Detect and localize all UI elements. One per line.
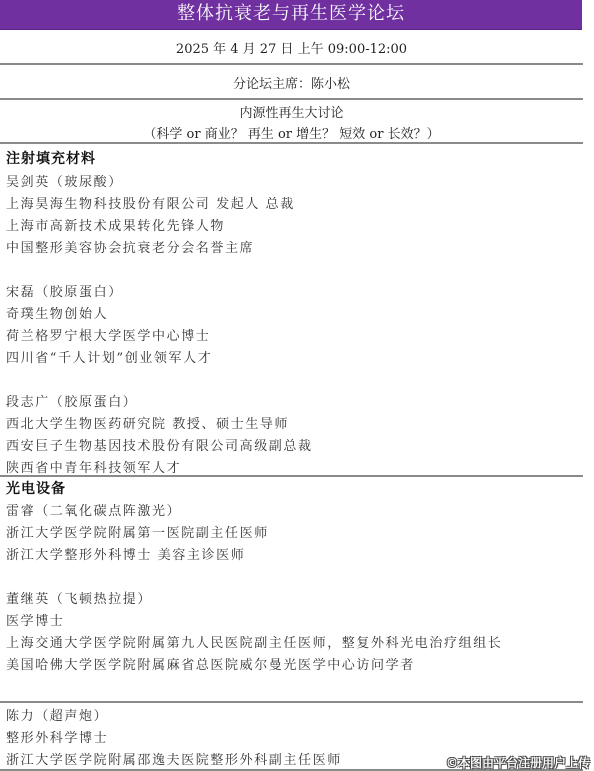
forum-title: 整体抗衰老与再生医学论坛	[177, 3, 405, 24]
speaker-credential: 整形外科学博士	[6, 727, 108, 746]
speaker-credential: 西安巨子生物基因技术股份有限公司高级副总裁	[6, 435, 313, 454]
divider	[0, 63, 583, 65]
speaker-credential: 上海昊海生物科技股份有限公司 发起人 总裁	[6, 193, 295, 212]
speaker-credential: 陕西省中青年科技领军人才	[6, 457, 181, 476]
divider	[0, 98, 583, 100]
speaker-credential: 上海市高新技术成果转化先锋人物	[6, 215, 225, 234]
speaker-name: 吴剑英（玻尿酸）	[6, 171, 123, 190]
speaker-credential: 四川省“千人计划”创业领军人才	[6, 347, 212, 366]
upload-watermark: ©本图由平台注册用户上传	[446, 754, 590, 771]
discussion-subtitle: （科学 or 商业？ 再生 or 增生？ 短效 or 长效？）	[0, 123, 583, 142]
speaker-credential: 浙江大学医学院附属邵逸夫医院整形外科副主任医师	[6, 749, 342, 768]
section-title-fillers: 注射填充材料	[6, 148, 96, 168]
divider	[0, 701, 583, 703]
speaker-credential: 浙江大学整形外科博士 美容主诊医师	[6, 544, 245, 563]
discussion-title: 内源性再生大讨论	[0, 102, 583, 121]
speaker-credential: 奇璞生物创始人	[6, 303, 108, 322]
speaker-name: 宋磊（胶原蛋白）	[6, 281, 123, 300]
speaker-credential: 浙江大学医学院附属第一医院副主任医师	[6, 522, 269, 541]
speaker-credential: 上海交通大学医学院附属第九人民医院副主任医师，整复外科光电治疗组组长	[6, 632, 502, 651]
forum-title-bar: 整体抗衰老与再生医学论坛	[0, 0, 582, 30]
speaker-credential: 荷兰格罗宁根大学医学中心博士	[6, 325, 210, 344]
section-title-photoelectric: 光电设备	[6, 478, 66, 498]
speaker-name: 董继英（飞顿热拉提）	[6, 588, 152, 607]
divider	[0, 475, 583, 477]
speaker-credential: 医学博士	[6, 610, 64, 629]
speaker-credential: 美国哈佛大学医学院附属麻省总医院威尔曼光医学中心访问学者	[6, 654, 415, 673]
speaker-name: 陈力（超声炮）	[6, 705, 108, 724]
forum-chair: 分论坛主席：陈小松	[0, 73, 583, 92]
speaker-credential: 中国整形美容协会抗衰老分会名誉主席	[6, 237, 254, 256]
schedule-datetime: 2025 年 4 月 27 日 上午 09:00-12:00	[0, 38, 583, 57]
speaker-credential: 西北大学生物医药研究院 教授、硕士生导师	[6, 413, 289, 432]
divider	[0, 142, 583, 144]
speaker-name: 段志广（胶原蛋白）	[6, 391, 137, 410]
speaker-name: 雷睿（二氧化碳点阵激光）	[6, 500, 181, 519]
